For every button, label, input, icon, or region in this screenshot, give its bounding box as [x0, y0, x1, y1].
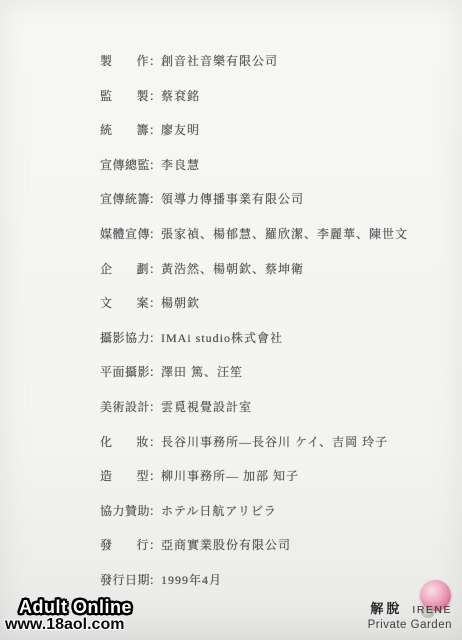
credit-row: 文案：楊朝欽	[100, 296, 408, 331]
watermark-album-line: 解脫 IRENE	[368, 600, 452, 618]
credit-value: 1999年4月	[161, 573, 222, 588]
credit-colon: ：	[149, 54, 161, 69]
credit-colon: ：	[149, 365, 161, 380]
credits-page: 製作：創音社音樂有限公司 監製：蔡袞銘 統籌：廖友明 宣傳總監：李良慧 宣傳統籌…	[0, 0, 462, 640]
credit-row: 平面攝影：澤田 篤、汪笙	[100, 365, 408, 400]
album-title-cjk: 解脫	[370, 601, 402, 616]
credit-row: 發行日期：1999年4月	[100, 573, 408, 608]
credit-colon: ：	[149, 469, 161, 484]
credit-row: 協力贊助：ホテル日航アリビラ	[100, 504, 408, 539]
credit-colon: ：	[149, 123, 161, 138]
credit-colon: ：	[149, 89, 161, 104]
credit-row: 製作：創音社音樂有限公司	[100, 54, 408, 89]
credits-list: 製作：創音社音樂有限公司 監製：蔡袞銘 統籌：廖友明 宣傳總監：李良慧 宣傳統籌…	[100, 54, 408, 608]
credit-colon: ：	[149, 262, 161, 277]
credit-value: 廖友明	[161, 123, 200, 138]
watermark-adult-online-title: Adult Online	[19, 598, 132, 617]
credit-colon: ：	[149, 435, 161, 450]
credit-value: 澤田 篤、汪笙	[161, 365, 243, 380]
credit-colon: ：	[149, 158, 161, 173]
credit-role-label: 發行	[100, 538, 149, 553]
credit-colon: ：	[149, 538, 161, 553]
credit-row: 媒體宣傳：張家禎、楊郁慧、羅欣潔、李麗華、陳世文	[100, 227, 408, 262]
credit-colon: ：	[149, 400, 161, 415]
credit-value: 長谷川事務所—長谷川 ケイ、吉岡 玲子	[161, 435, 388, 450]
credit-value: 李良慧	[161, 158, 200, 173]
watermark-site-url: www.18aol.com	[5, 617, 132, 634]
credit-value: 蔡袞銘	[161, 89, 200, 104]
watermark-irene-private-garden: 解脫 IRENE Private Garden	[368, 600, 452, 632]
credit-colon: ：	[149, 227, 161, 242]
credit-colon: ：	[149, 296, 161, 311]
credit-row: 企劃：黃浩然、楊朝欽、蔡坤衛	[100, 262, 408, 297]
credit-role-label: 媒體宣傳	[100, 227, 149, 242]
credit-role-label: 宣傳總監	[100, 158, 149, 173]
credit-value: IMAi studio株式會社	[161, 331, 283, 346]
credit-row: 宣傳總監：李良慧	[100, 158, 408, 193]
credit-role-label: 協力贊助	[100, 504, 149, 519]
credit-value: 亞商實業股份有限公司	[161, 538, 291, 553]
credit-row: 攝影協力：IMAi studio株式會社	[100, 331, 408, 366]
credit-colon: ：	[149, 331, 161, 346]
credit-role-label: 美術設計	[100, 400, 149, 415]
credit-role-label: 文案	[100, 296, 149, 311]
credit-value: 張家禎、楊郁慧、羅欣潔、李麗華、陳世文	[161, 227, 408, 242]
credit-row: 監製：蔡袞銘	[100, 89, 408, 124]
credit-role-label: 統籌	[100, 123, 149, 138]
credit-value: 黃浩然、楊朝欽、蔡坤衛	[161, 262, 304, 277]
credit-role-label: 造型	[100, 469, 149, 484]
credit-value: 領導力傳播事業有限公司	[161, 192, 304, 207]
credit-role-label: 平面攝影	[100, 365, 149, 380]
credit-role-label: 製作	[100, 54, 149, 69]
credit-row: 造型：柳川事務所— 加部 知子	[100, 469, 408, 504]
credit-value: 創音社音樂有限公司	[161, 54, 278, 69]
credit-role-label: 企劃	[100, 262, 149, 277]
credit-colon: ：	[149, 192, 161, 207]
credit-role-label: 化妝	[100, 435, 149, 450]
credit-value: 柳川事務所— 加部 知子	[161, 469, 299, 484]
credit-role-label: 攝影協力	[100, 331, 149, 346]
credit-row: 化妝：長谷川事務所—長谷川 ケイ、吉岡 玲子	[100, 435, 408, 470]
credit-role-label: 發行日期	[100, 573, 149, 588]
credit-colon: ：	[149, 573, 161, 588]
credit-row: 統籌：廖友明	[100, 123, 408, 158]
credit-colon: ：	[149, 504, 161, 519]
credit-role-label: 監製	[100, 89, 149, 104]
artist-name: IRENE	[412, 604, 452, 616]
credit-value: 雲覓視覺設計室	[161, 400, 252, 415]
credit-role-label: 宣傳統籌	[100, 192, 149, 207]
credit-value: 楊朝欽	[161, 296, 200, 311]
credit-row: 發行：亞商實業股份有限公司	[100, 538, 408, 573]
credit-row: 宣傳統籌：領導力傳播事業有限公司	[100, 192, 408, 227]
watermark-adult-online: Adult Online www.18aol.com	[5, 598, 132, 634]
series-name: Private Garden	[368, 619, 452, 632]
credit-value: ホテル日航アリビラ	[161, 504, 277, 519]
credit-row: 美術設計：雲覓視覺設計室	[100, 400, 408, 435]
